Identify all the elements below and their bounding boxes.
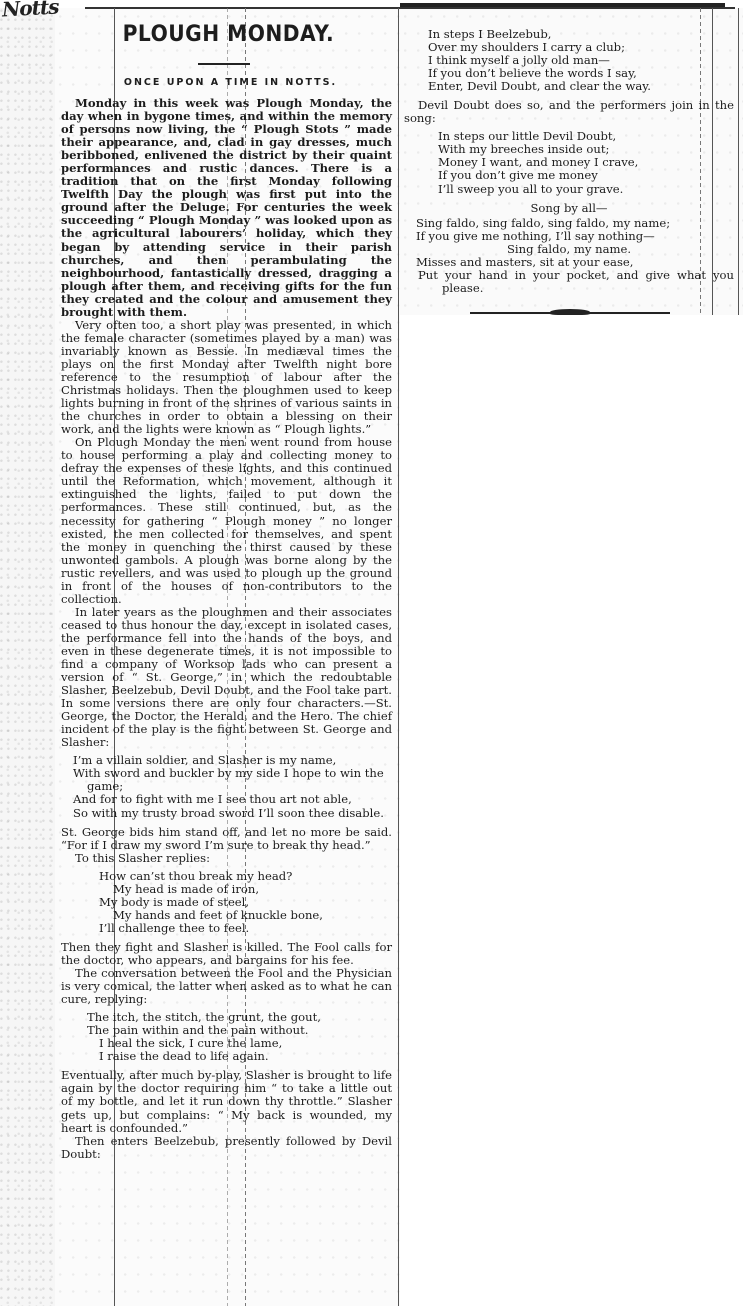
verse-line: Enter, Devil Doubt, and clear the way.: [404, 80, 734, 93]
verse-line: My hands and feet of knuckle bone,: [61, 909, 392, 922]
verse-line: My head is made of iron,: [61, 883, 392, 896]
verse-line: And for to fight with me I see thou art …: [61, 793, 392, 806]
song-heading: Song by all—: [404, 202, 734, 215]
verse-line: If you give me nothing, I’ll say nothing…: [404, 230, 734, 243]
subheadline: ONCE UPON A TIME IN NOTTS.: [108, 77, 353, 88]
right-column: In steps I Beelzebub, Over my shoulders …: [404, 28, 734, 301]
verse-line: If you don’t give me money: [404, 169, 734, 182]
verse-line: So with my trusty broad sword I’ll soon …: [61, 807, 392, 820]
verse-line: I raise the dead to life again.: [61, 1050, 392, 1063]
paper-margin-texture: [0, 8, 55, 1306]
verse-line: Put your hand in your pocket, and give w…: [404, 269, 734, 295]
paragraph: On Plough Monday the men went round from…: [61, 436, 392, 606]
headline: PLOUGH MONDAY.: [118, 22, 339, 47]
left-column: Monday in this week was Plough Monday, t…: [61, 97, 392, 1161]
paragraph: Then they fight and Slasher is killed. T…: [61, 941, 392, 967]
paragraph: Monday in this week was Plough Monday, t…: [61, 97, 392, 319]
song-verse: Sing faldo, sing faldo, sing faldo, my n…: [404, 217, 734, 295]
paragraph: Devil Doubt does so, and the performers …: [404, 99, 734, 125]
paragraph: Eventually, after much by-play, Slasher …: [61, 1069, 392, 1134]
handwritten-note: Notts: [1, 0, 59, 21]
ornament-flourish: [550, 309, 590, 315]
paragraph: The conversation between the Fool and th…: [61, 967, 392, 1006]
top-rule-thick: [400, 3, 725, 7]
verse-line: Misses and masters, sit at your ease,: [404, 256, 734, 269]
paragraph: Then enters Beelzebub, presently followe…: [61, 1135, 392, 1161]
top-rule: [85, 7, 735, 9]
verse-line: I’ll challenge thee to feel.: [61, 922, 392, 935]
verse-line: My body is made of steel,: [61, 896, 392, 909]
verse-line: Sing faldo, my name.: [404, 243, 734, 256]
headline-rule: [198, 63, 250, 65]
verse-slasher-reply: How can’st thou break my head? My head i…: [61, 870, 392, 935]
clipping-edge: [738, 8, 739, 315]
column-divider: [398, 8, 399, 1306]
end-ornament: [470, 309, 670, 315]
verse-line: I’ll sweep you all to your grave.: [404, 183, 734, 196]
paragraph: In later years as the ploughmen and thei…: [61, 606, 392, 750]
verse-line: With sword and buckler by my side I hope…: [61, 767, 392, 793]
paragraph: To this Slasher replies:: [61, 852, 392, 865]
verse-physician: The itch, the stitch, the grunt, the gou…: [61, 1011, 392, 1063]
verse-devil-doubt: In steps our little Devil Doubt, With my…: [404, 130, 734, 195]
verse-slasher: I’m a villain soldier, and Slasher is my…: [61, 754, 392, 819]
newspaper-clipping: Notts PLOUGH MONDAY. ONCE UPON A TIME IN…: [0, 0, 743, 1306]
verse-line: How can’st thou break my head?: [61, 870, 392, 883]
paragraph: Very often too, a short play was present…: [61, 319, 392, 436]
verse-beelzebub: In steps I Beelzebub, Over my shoulders …: [404, 28, 734, 93]
paragraph: St. George bids him stand off, and let n…: [61, 826, 392, 852]
verse-line: Sing faldo, sing faldo, sing faldo, my n…: [404, 217, 734, 230]
